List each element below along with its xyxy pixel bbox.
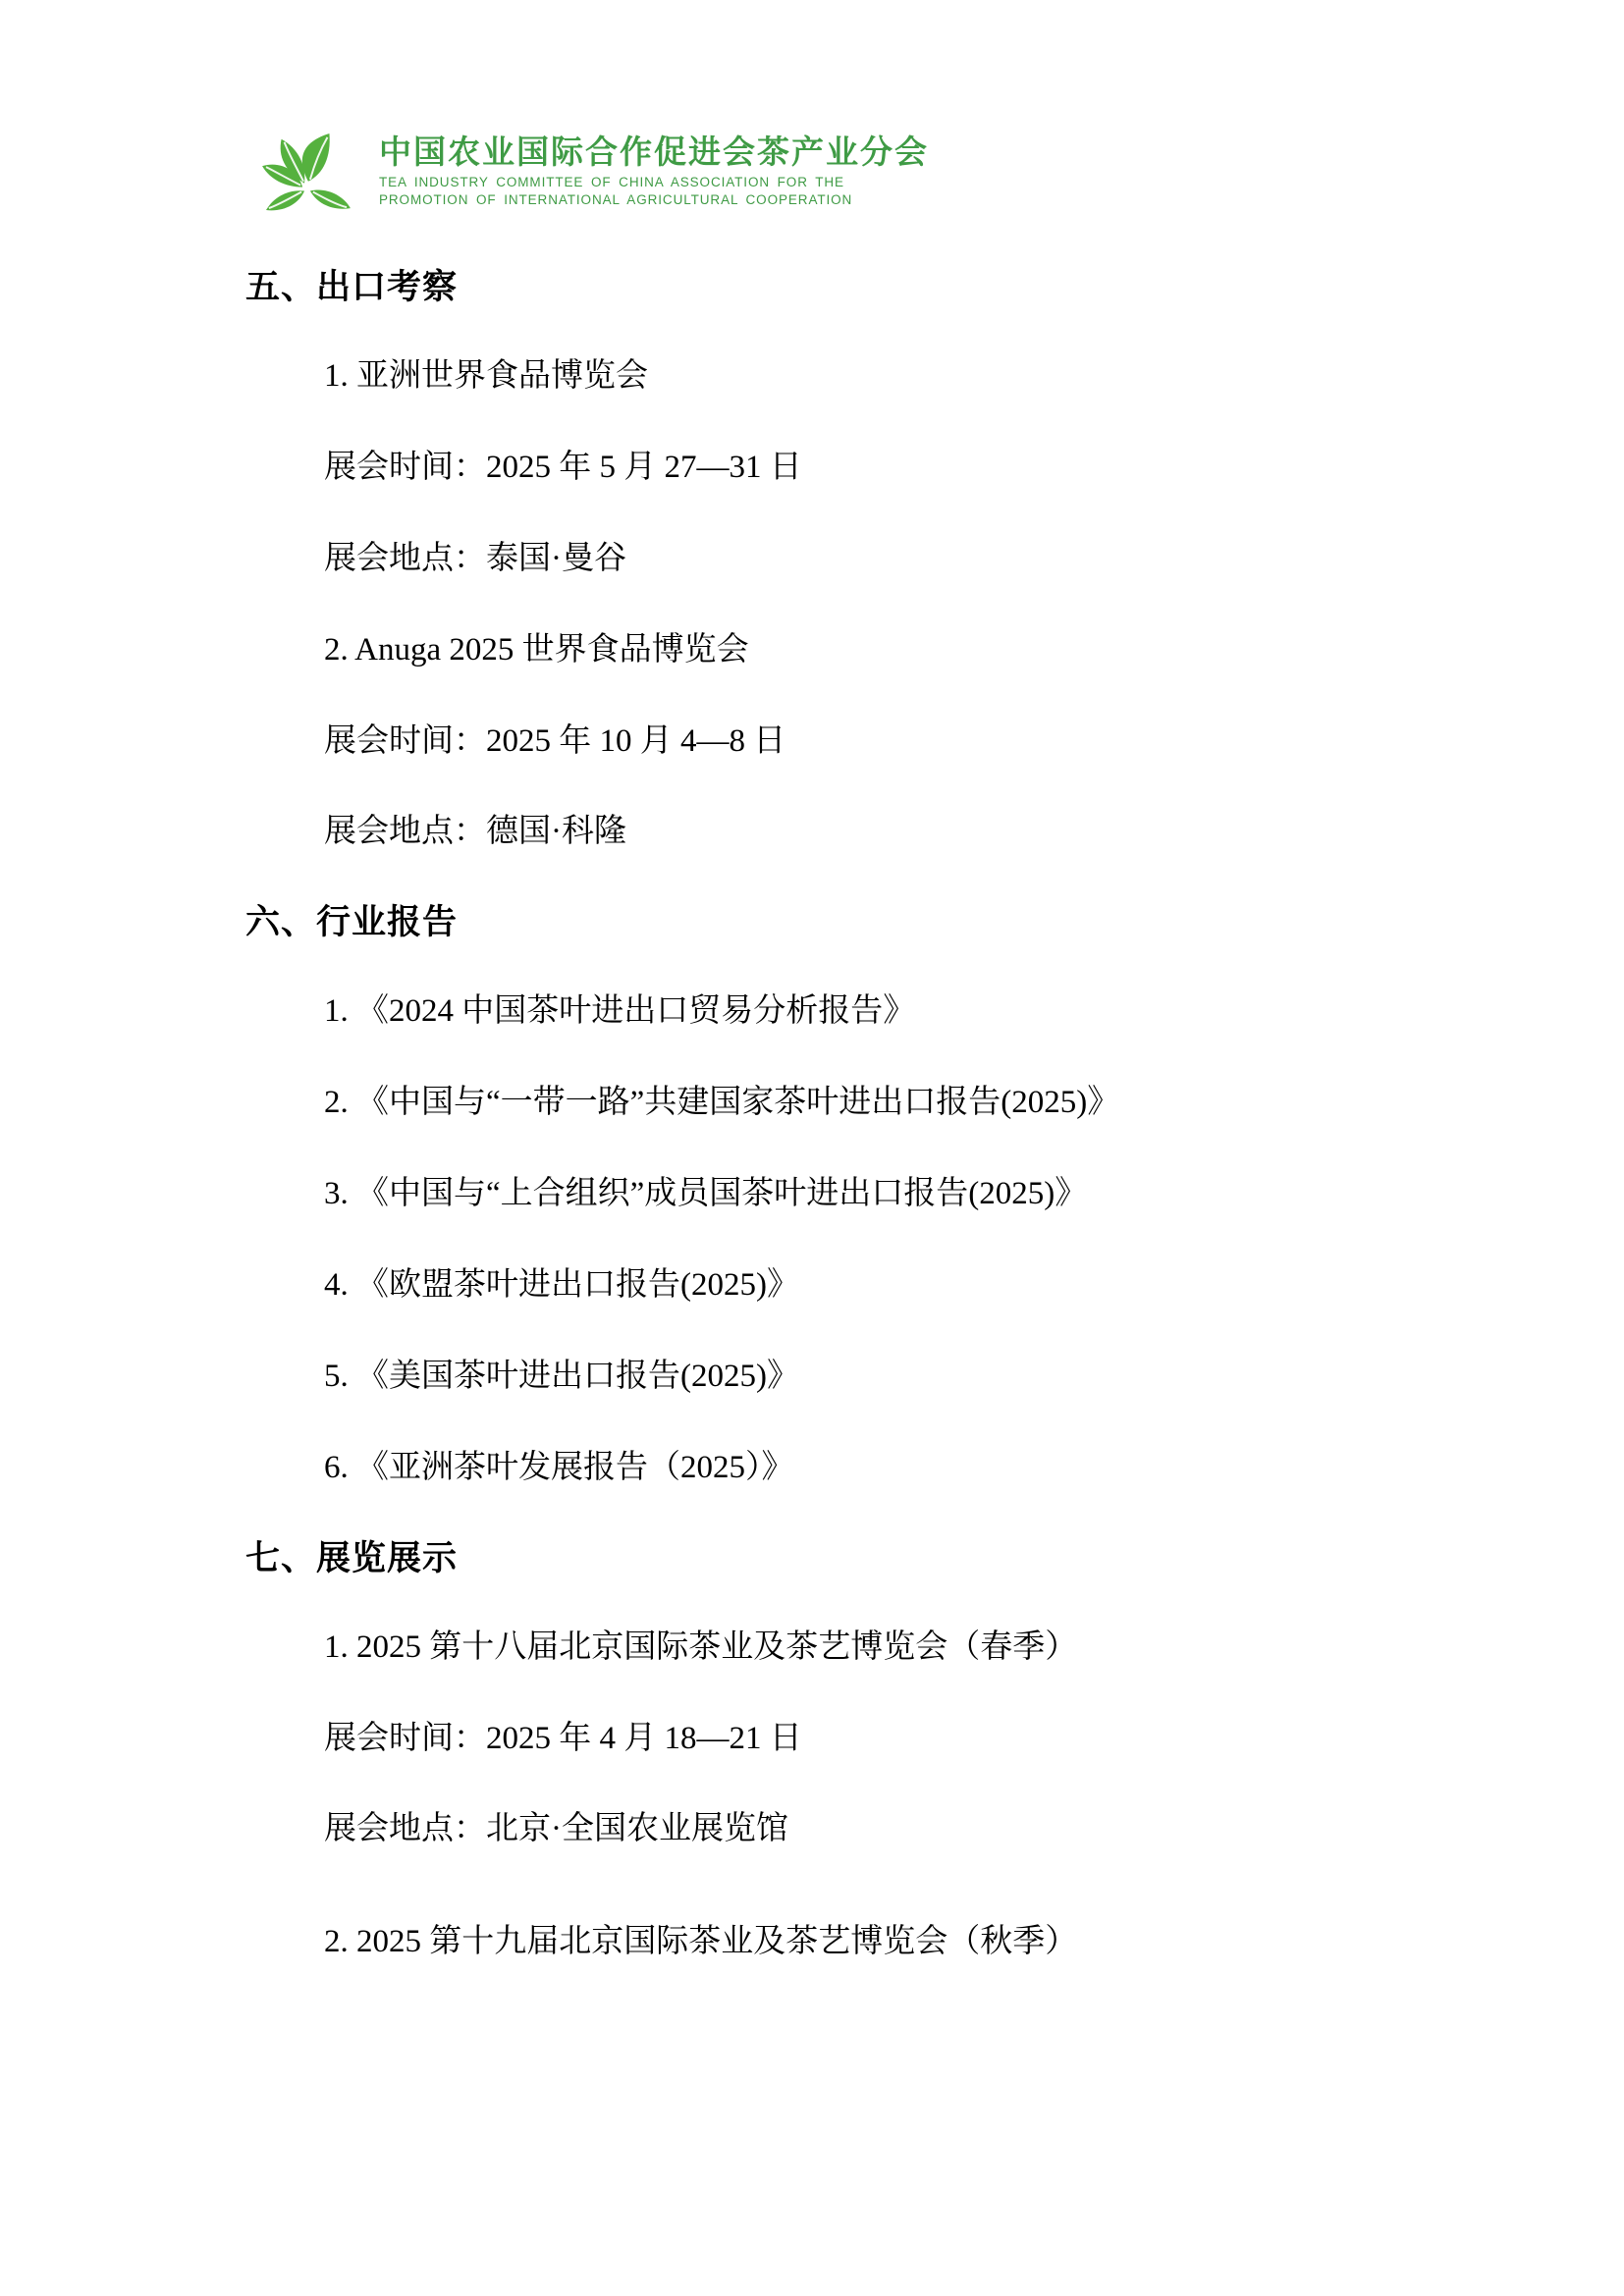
event-time-line: 展会时间：2025 年 4 月 18—21 日 [324, 1718, 1424, 1760]
list-item: 3. 《中国与“上合组织”成员国茶叶进出口报告(2025)》 [324, 1173, 1424, 1215]
section-heading: 五、出口考察 [245, 267, 1424, 308]
organization-logo: 中国农业国际合作促进会茶产业分会 TEA INDUSTRY COMMITTEE … [247, 132, 929, 212]
section-exhibitions: 七、展览展示 1. 2025 第十八届北京国际茶业及茶艺博览会（春季） 展会时间… [245, 1538, 1424, 1964]
logo-chinese-title: 中国农业国际合作促进会茶产业分会 [379, 133, 929, 171]
tea-leaves-icon [247, 132, 365, 212]
event-location-line: 展会地点：德国·科隆 [324, 811, 1424, 853]
event-time-line: 展会时间：2025 年 10 月 4—8 日 [324, 721, 1424, 763]
list-item: 2. 2025 第十九届北京国际茶业及茶艺博览会（秋季） [324, 1921, 1424, 1963]
document-page: 中国农业国际合作促进会茶产业分会 TEA INDUSTRY COMMITTEE … [0, 0, 1624, 2296]
list-item: 4. 《欧盟茶叶进出口报告(2025)》 [324, 1264, 1424, 1307]
list-item: 2. Anuga 2025 世界食品博览会 [324, 629, 1424, 671]
list-item: 5. 《美国茶叶进出口报告(2025)》 [324, 1356, 1424, 1398]
list-item: 1. 2025 第十八届北京国际茶业及茶艺博览会（春季） [324, 1627, 1424, 1669]
section-heading: 七、展览展示 [245, 1538, 1424, 1579]
section-industry-reports: 六、行业报告 1. 《2024 中国茶叶进出口贸易分析报告》 2. 《中国与“一… [245, 902, 1424, 1488]
section-export-inspection: 五、出口考察 1. 亚洲世界食品博览会 展会时间：2025 年 5 月 27—3… [245, 267, 1424, 853]
logo-text-block: 中国农业国际合作促进会茶产业分会 TEA INDUSTRY COMMITTEE … [379, 132, 929, 209]
logo-english-line2: PROMOTION OF INTERNATIONAL AGRICULTURAL … [379, 191, 929, 209]
list-item: 6. 《亚洲茶叶发展报告（2025）》 [324, 1447, 1424, 1489]
list-item: 2. 《中国与“一带一路”共建国家茶叶进出口报告(2025)》 [324, 1082, 1424, 1124]
document-content: 五、出口考察 1. 亚洲世界食品博览会 展会时间：2025 年 5 月 27—3… [245, 267, 1424, 2012]
logo-english-line1: TEA INDUSTRY COMMITTEE OF CHINA ASSOCIAT… [379, 174, 929, 191]
event-location-line: 展会地点：泰国·曼谷 [324, 538, 1424, 580]
event-location-line: 展会地点：北京·全国农业展览馆 [324, 1808, 1424, 1850]
list-item: 1. 亚洲世界食品博览会 [324, 355, 1424, 398]
list-item: 1. 《2024 中国茶叶进出口贸易分析报告》 [324, 990, 1424, 1033]
event-time-line: 展会时间：2025 年 5 月 27—31 日 [324, 447, 1424, 489]
section-heading: 六、行业报告 [245, 902, 1424, 943]
